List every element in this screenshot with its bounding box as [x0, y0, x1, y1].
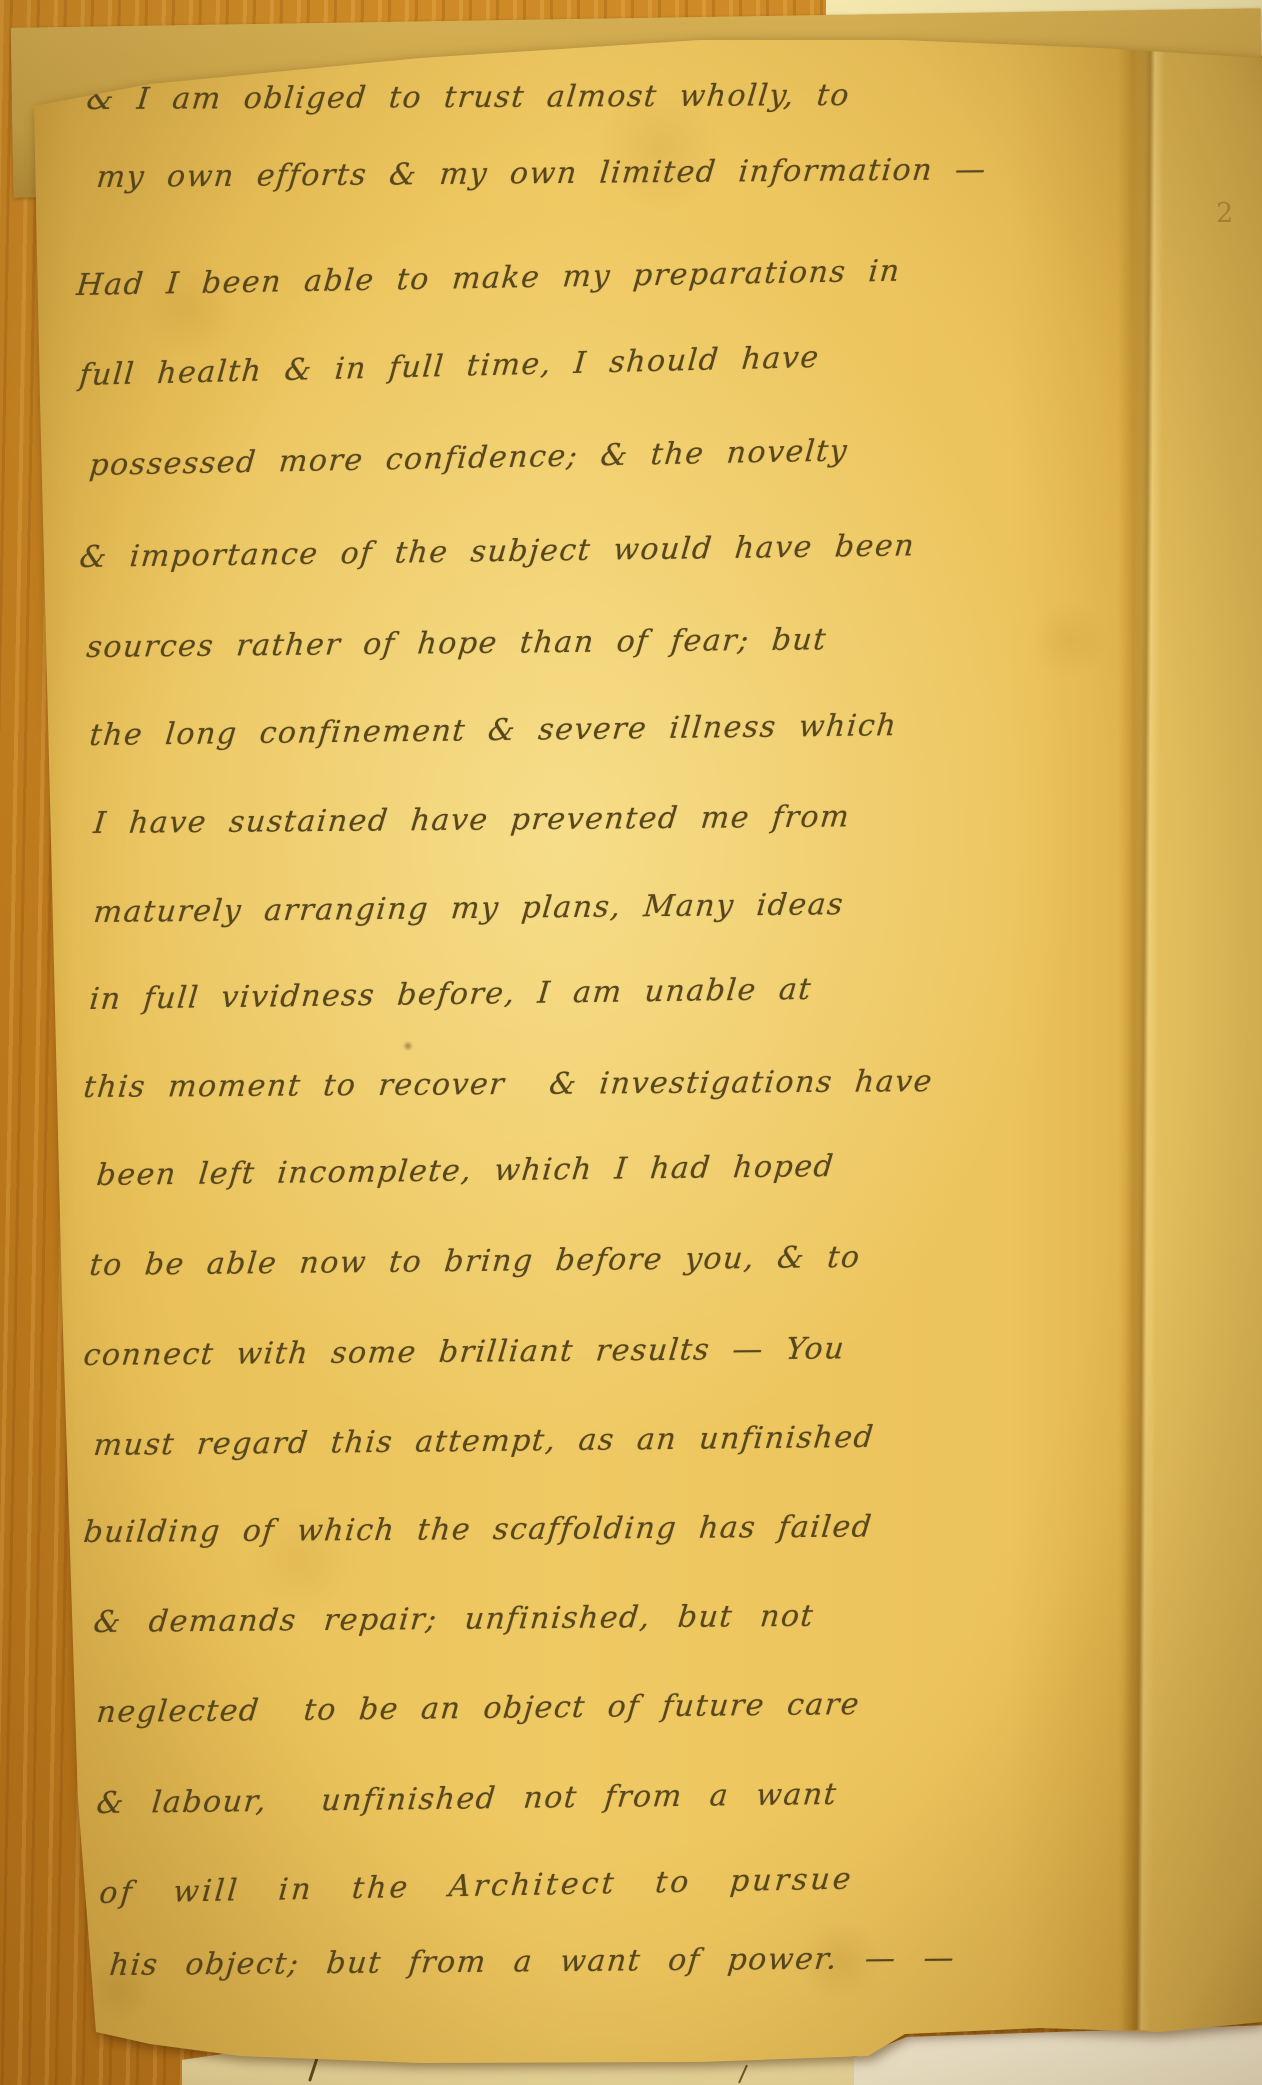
manuscript-line: Had I been able to make my preparations … [75, 254, 902, 303]
manuscript-line: in full vividness before, I am unable at [88, 972, 814, 1017]
manuscript-line: maturely arranging my plans, Many ideas [92, 887, 846, 930]
paper-edge-shading [0, 0, 1262, 2085]
fold-crease [1121, 42, 1165, 2030]
manuscript-line: & demands repair; unfinished, but not [92, 1599, 816, 1640]
manuscript-line: sources rather of hope than of fear; but [85, 622, 829, 665]
manuscript-line: & labour, unfinished not from a want [95, 1777, 839, 1821]
manuscript-line: his object; but from a want of power. — … [108, 1941, 957, 1983]
manuscript-line: & I am obliged to trust almost wholly, t… [85, 78, 852, 117]
manuscript-page: & I am obliged to trust almost wholly, t… [0, 0, 1262, 2085]
manuscript-line: & importance of the subject would have b… [78, 528, 917, 575]
manuscript-line: full health & in full time, I should hav… [78, 340, 821, 393]
manuscript-line: neglected to be an object of future care [95, 1687, 862, 1730]
manuscript-photograph: & I am obliged to trust almost wholly, t… [0, 0, 1262, 2085]
manuscript-line: been left incomplete, which I had hoped [95, 1149, 836, 1193]
manuscript-sheet-wrap: & I am obliged to trust almost wholly, t… [0, 0, 1262, 2085]
manuscript-line: my own efforts & my own limited informat… [95, 152, 988, 195]
paper-stains [0, 0, 1262, 2085]
page-number: 2 [1216, 198, 1233, 229]
manuscript-line: must regard this attempt, as an unfinish… [92, 1420, 876, 1463]
manuscript-line: possessed more confidence; & the novelty [88, 433, 850, 483]
manuscript-line: this moment to recover & investigations … [82, 1064, 935, 1105]
manuscript-line: of will in the Architect to pursue [98, 1862, 855, 1911]
manuscript-line: connect with some brilliant results — Yo… [82, 1331, 847, 1373]
manuscript-line: to be able now to bring before you, & to [88, 1240, 862, 1283]
manuscript-line: I have sustained have prevented me from [92, 799, 852, 841]
manuscript-line: the long confinement & severe illness wh… [88, 708, 899, 753]
manuscript-line: building of which the scaffolding has fa… [82, 1509, 874, 1550]
